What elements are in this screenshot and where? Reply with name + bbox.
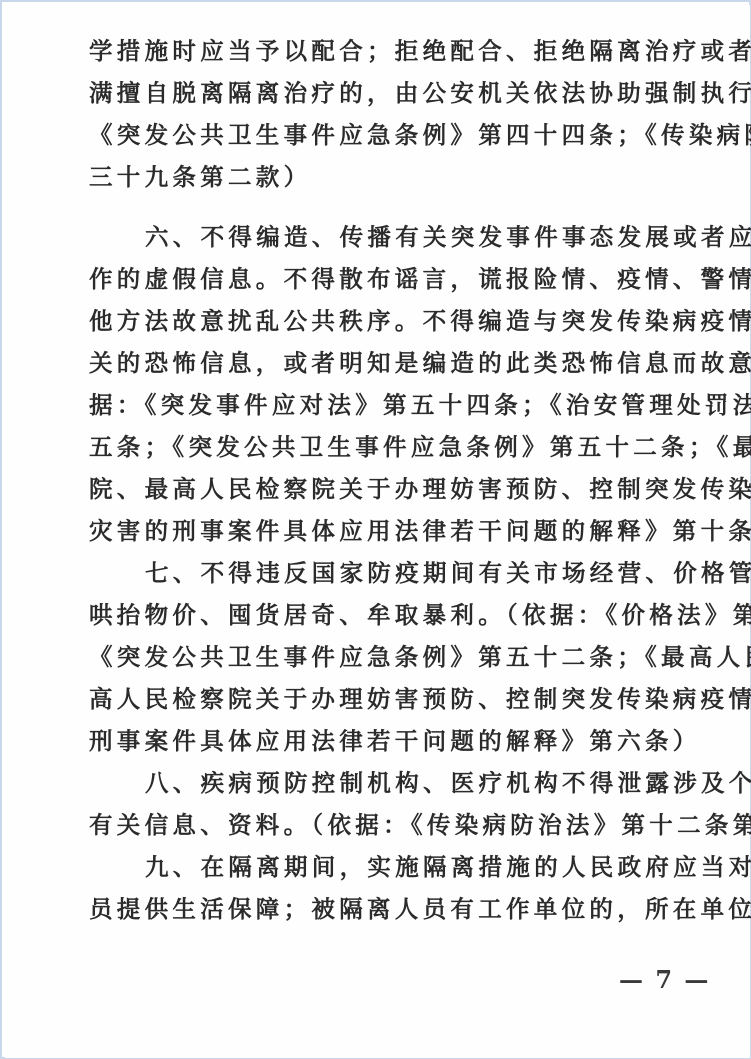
paragraph-item-8: 八、疾病预防控制机构、医疗机构不得泄露涉及个人隐私的 有关信息、资料。（依据：《…: [89, 762, 713, 846]
document-viewer-frame: 学措施时应当予以配合；拒绝配合、拒绝隔离治疗或者隔离期未 满擅自脱离隔离治疗的，…: [0, 0, 751, 1059]
text-line: 三十九条第二款）: [89, 156, 713, 198]
text-line: 八、疾病预防控制机构、医疗机构不得泄露涉及个人隐私的: [89, 762, 713, 804]
text-line: 灾害的刑事案件具体应用法律若干问题的解释》第十条）: [89, 510, 713, 552]
text-line: 关的恐怖信息，或者明知是编造的此类恐怖信息而故意传播。（依: [89, 342, 713, 384]
text-line: 据：《突发事件应对法》第五十四条；《治安管理处罚法》第二十: [89, 384, 713, 426]
paragraph-item-6: 六、不得编造、传播有关突发事件事态发展或者应急处置工 作的虚假信息。不得散布谣言…: [89, 216, 713, 552]
paragraph-gap: [89, 198, 713, 216]
page-number: — 7 —: [619, 965, 710, 994]
text-line: 有关信息、资料。（依据：《传染病防治法》第十二条第一款）: [89, 804, 713, 846]
text-line: 满擅自脱离隔离治疗的，由公安机关依法协助强制执行。（依据：: [89, 72, 713, 114]
text-line: 学措施时应当予以配合；拒绝配合、拒绝隔离治疗或者隔离期未: [89, 30, 713, 72]
text-line: 员提供生活保障；被隔离人员有工作单位的，所在单位不得停止: [89, 888, 713, 930]
text-line: 六、不得编造、传播有关突发事件事态发展或者应急处置工: [89, 216, 713, 258]
text-line: 七、不得违反国家防疫期间有关市场经营、价格管理规定，: [89, 552, 713, 594]
text-line: 哄抬物价、囤货居奇、牟取暴利。（依据：《价格法》第十四条；: [89, 594, 713, 636]
text-line: 他方法故意扰乱公共秩序。不得编造与突发传染病疫情等灾害有: [89, 300, 713, 342]
document-page: 学措施时应当予以配合；拒绝配合、拒绝隔离治疗或者隔离期未 满擅自脱离隔离治疗的，…: [5, 5, 750, 1058]
paragraph-item-7: 七、不得违反国家防疫期间有关市场经营、价格管理规定， 哄抬物价、囤货居奇、牟取暴…: [89, 552, 713, 762]
text-line: 《突发公共卫生事件应急条例》第五十二条；《最高人民法院、最: [89, 636, 713, 678]
text-line: 九、在隔离期间，实施隔离措施的人民政府应当对被隔离人: [89, 846, 713, 888]
text-line: 院、最高人民检察院关于办理妨害预防、控制突发传染病疫情等: [89, 468, 713, 510]
text-line: 高人民检察院关于办理妨害预防、控制突发传染病疫情等灾害的: [89, 678, 713, 720]
paragraph-continued: 学措施时应当予以配合；拒绝配合、拒绝隔离治疗或者隔离期未 满擅自脱离隔离治疗的，…: [89, 30, 713, 198]
text-line: 作的虚假信息。不得散布谣言，谎报险情、疫情、警情或者以其: [89, 258, 713, 300]
paragraph-item-9: 九、在隔离期间，实施隔离措施的人民政府应当对被隔离人 员提供生活保障；被隔离人员…: [89, 846, 713, 930]
text-line: 刑事案件具体应用法律若干问题的解释》第六条）: [89, 720, 713, 762]
document-body: 学措施时应当予以配合；拒绝配合、拒绝隔离治疗或者隔离期未 满擅自脱离隔离治疗的，…: [89, 30, 713, 930]
text-line: 五条；《突发公共卫生事件应急条例》第五十二条；《最高人民法: [89, 426, 713, 468]
text-line: 《突发公共卫生事件应急条例》第四十四条；《传染病防治法》第: [89, 114, 713, 156]
